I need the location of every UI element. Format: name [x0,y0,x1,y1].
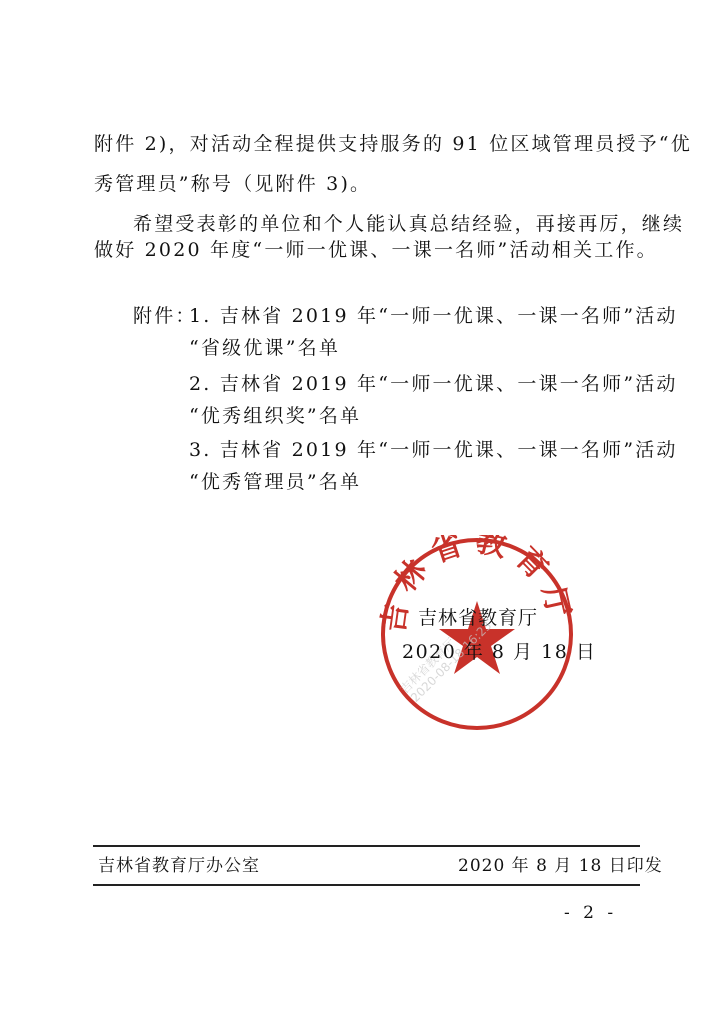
signature-date: 2020 年 8 月 18 日 [402,640,596,664]
footer-top-rule [93,845,640,847]
attachment-item-1-line1: 1. 吉林省 2019 年“一师一优课、一课一名师”活动 [189,304,678,328]
attachments-label: 附件： [133,304,197,328]
body-paragraph-line: 附件 2)，对活动全程提供支持服务的 91 位区域管理员授予“优 [94,132,692,156]
signature-issuer: 吉林省教育厅 [418,606,538,630]
attachment-item-2-line2: “优秀组织奖”名单 [189,404,361,428]
page-number: - 2 - [564,902,617,924]
attachment-item-2-line1: 2. 吉林省 2019 年“一师一优课、一课一名师”活动 [189,372,678,396]
attachment-item-3-line1: 3. 吉林省 2019 年“一师一优课、一课一名师”活动 [189,438,678,462]
footer-issue-date: 2020 年 8 月 18 日印发 [458,855,663,877]
body-paragraph-line: 希望受表彰的单位和个人能认真总结经验，再接再厉，继续 [133,212,684,236]
body-paragraph-line: 做好 2020 年度“一师一优课、一课一名师”活动相关工作。 [94,238,658,262]
body-paragraph-line: 秀管理员”称号（见附件 3)。 [94,172,371,196]
footer-bottom-rule [93,884,640,886]
footer-office: 吉林省教育厅办公室 [98,855,260,877]
attachment-item-3-line2: “优秀管理员”名单 [189,470,361,494]
attachment-item-1-line2: “省级优课”名单 [189,336,340,360]
official-seal-stamp: 吉林省教育厅 吉林省教育厅 2020-08-18 16:23 [378,535,576,733]
